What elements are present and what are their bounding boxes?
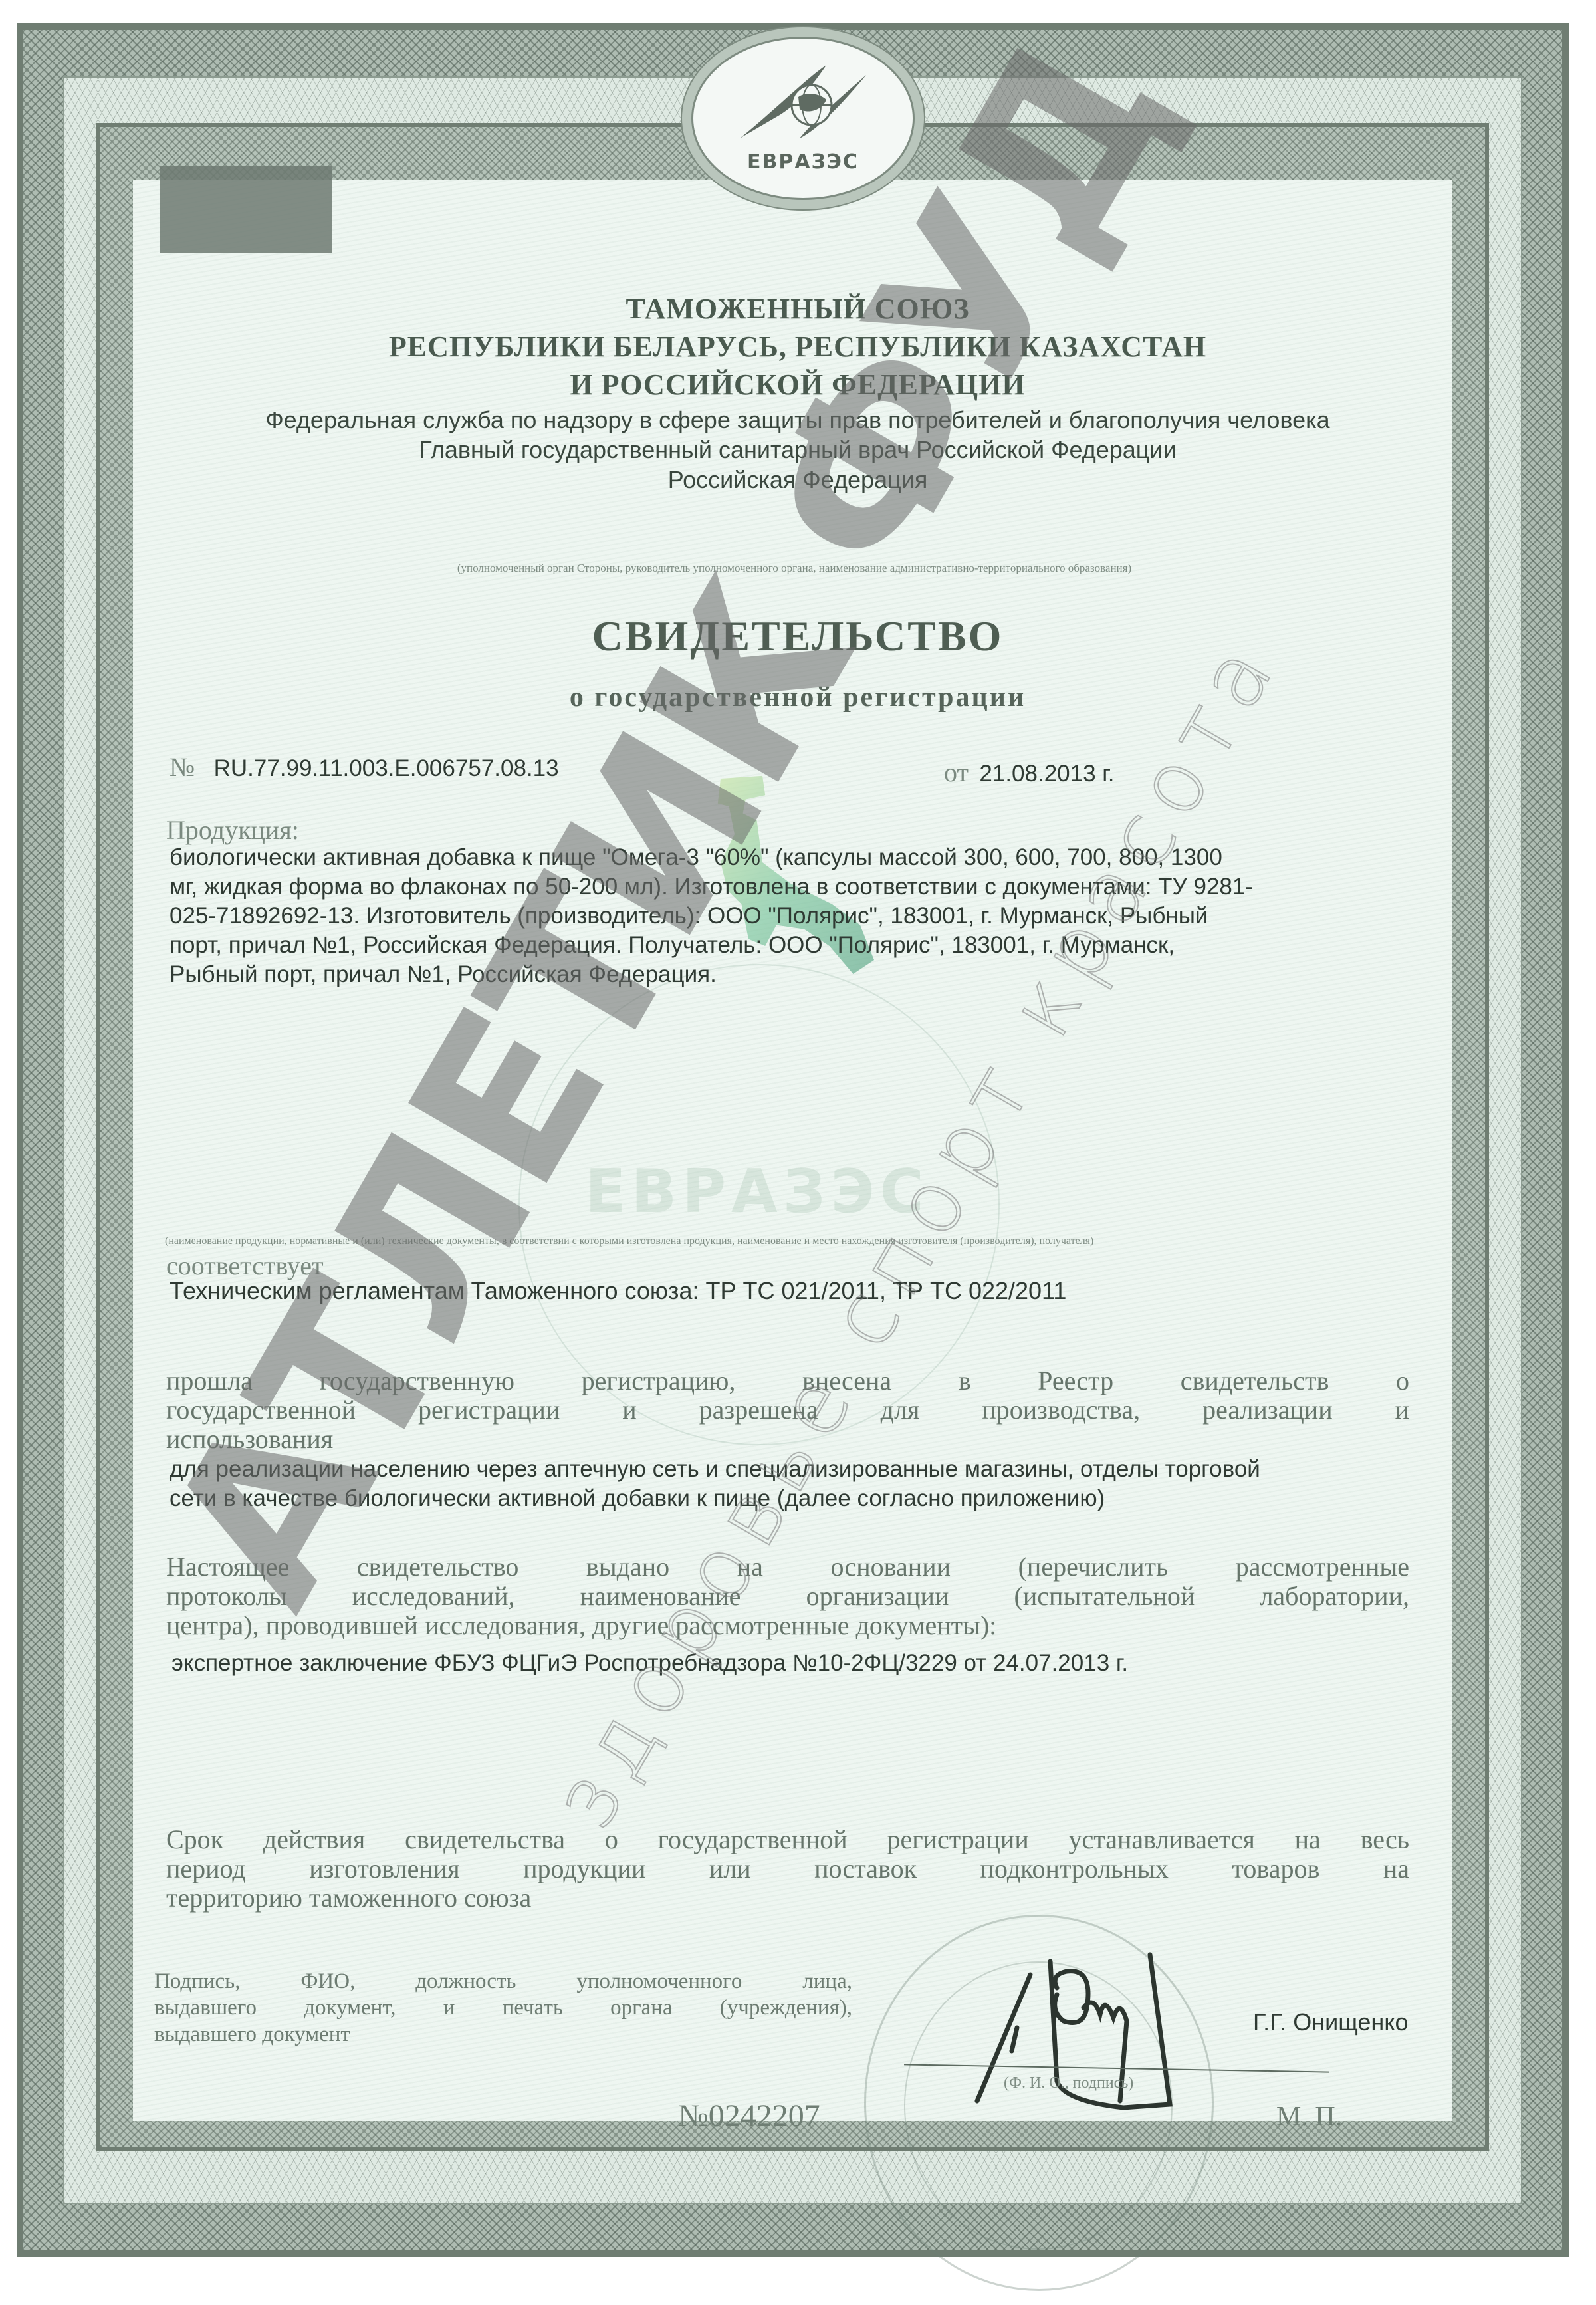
product-line: Рыбный порт, причал №1, Российская Федер… xyxy=(170,960,1432,989)
number-sign: № xyxy=(170,752,195,782)
seal-mark: М. П. xyxy=(1276,2101,1342,2133)
signature-label-line: Подпись, ФИО, должность уполномоченного … xyxy=(154,1968,852,1995)
emblem-label: ЕВРАЗЭС xyxy=(693,150,913,174)
registration-number: RU.77.99.11.003.E.006757.08.13 xyxy=(214,755,559,781)
signature-hint: (Ф. И. О., подпись) xyxy=(1004,2074,1133,2092)
registration-number-row: № RU.77.99.11.003.E.006757.08.13 xyxy=(170,751,559,783)
registration-date: 21.08.2013 г. xyxy=(979,761,1114,787)
blank-number: №0242207 xyxy=(678,2098,820,2134)
signature-label: Подпись, ФИО, должность уполномоченного … xyxy=(154,1968,852,2048)
eurasec-logo-icon xyxy=(733,59,873,145)
product-line: мг, жидкая форма во флаконах по 50-200 м… xyxy=(170,872,1432,902)
signature-label-line: выдавшего документ xyxy=(154,2021,852,2048)
validity-line: период изготовления продукции или постав… xyxy=(166,1854,1409,1883)
signature-label-line: выдавшего документ, и печать органа (учр… xyxy=(154,1995,852,2021)
eurasec-emblem: ЕВРАЗЭС xyxy=(691,37,915,200)
validity-line: территорию таможенного союза xyxy=(166,1883,1409,1913)
registration-date-row: от 21.08.2013 г. xyxy=(944,757,1115,789)
handwritten-signature-icon xyxy=(951,1948,1203,2121)
product-label: Продукция: xyxy=(166,814,299,846)
product-description: биологически активная добавка к пище "Ом… xyxy=(170,843,1432,989)
product-line: 025-71892692-13. Изготовитель (производи… xyxy=(170,902,1432,931)
union-title-line1: ТАМОЖЕННЫЙ СОЮЗ xyxy=(133,293,1462,326)
date-prefix: от xyxy=(944,757,969,787)
validity-statement: Срок действия свидетельства о государств… xyxy=(166,1825,1409,1913)
validity-line: Срок действия свидетельства о государств… xyxy=(166,1825,1409,1854)
security-pattern-block xyxy=(160,166,332,253)
product-line: биологически активная добавка к пище "Ом… xyxy=(170,843,1432,872)
product-line: порт, причал №1, Российская Федерация. П… xyxy=(170,931,1432,960)
signatory-name: Г.Г. Онищенко xyxy=(1253,2008,1409,2037)
